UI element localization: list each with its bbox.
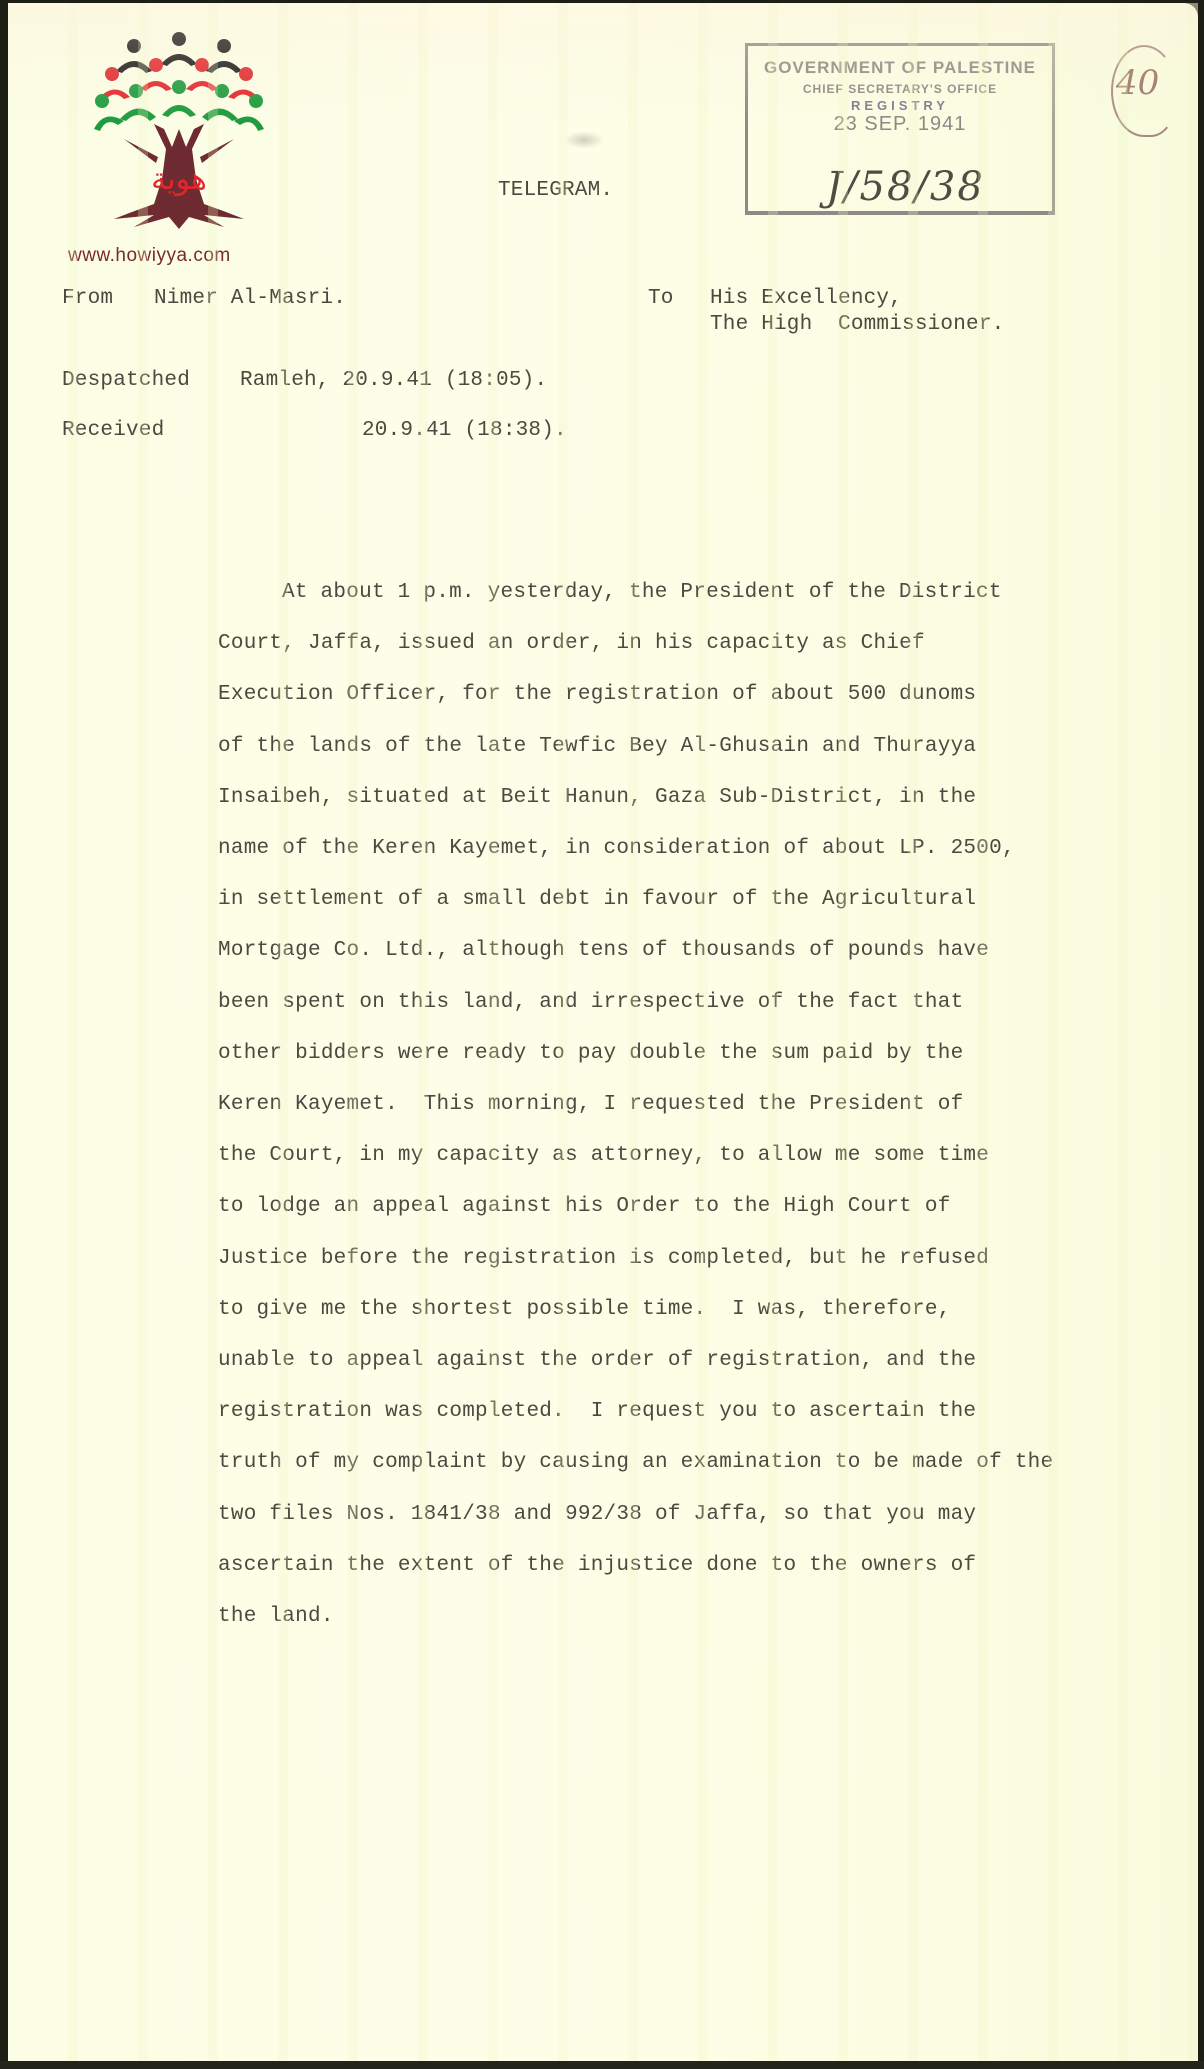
despatched-value: Ramleh, 20.9.41 (18:05).	[240, 369, 547, 392]
stamp-office: CHIEF SECRETARY'S OFFICE	[748, 82, 1052, 96]
body-line: of the lands of the late Tewfic Bey Al-G…	[218, 735, 976, 758]
scan-edge-right	[1198, 0, 1204, 2069]
body-line: name of the Keren Kayemet, in considerat…	[218, 837, 1015, 860]
to-label: To	[648, 287, 674, 310]
watermark-url[interactable]: www.howiyya.com	[68, 245, 231, 267]
document-page: هوية www.howiyya.com TELEGRAM. GOVERNMEN…	[8, 3, 1198, 2063]
from-value: Nimer Al-Masri.	[154, 287, 346, 310]
to-line-2: The High Commissioner.	[710, 313, 1004, 336]
body-line: Insaibeh, situated at Beit Hanun, Gaza S…	[218, 786, 976, 809]
received-value: 20.9.41 (18:38).	[362, 419, 567, 442]
body-line: to lodge an appeal against his Order to …	[218, 1195, 951, 1218]
handwritten-file-reference: J/58/38	[826, 164, 985, 210]
body-line: the Court, in my capacity as attorney, t…	[218, 1144, 989, 1167]
despatched-label: Despatched	[62, 369, 190, 392]
body-line: the land.	[218, 1605, 334, 1628]
stamp-registry: REGISTRY	[748, 98, 1052, 113]
body-line: truth of my complaint by causing an exam…	[218, 1451, 1053, 1474]
body-line: unable to appeal against the order of re…	[218, 1349, 976, 1372]
body-line: Mortgage Co. Ltd., although tens of thou…	[218, 939, 989, 962]
body-line: Execution Officer, for the registration …	[218, 683, 976, 706]
body-line: to give me the shortest possible time. I…	[218, 1298, 951, 1321]
stamp-date: 23 SEP. 1941	[748, 113, 1052, 136]
document-title: TELEGRAM.	[498, 179, 613, 202]
registry-stamp: GOVERNMENT OF PALESTINE CHIEF SECRETARY'…	[745, 43, 1055, 215]
stamp-government: GOVERNMENT OF PALESTINE	[748, 58, 1052, 78]
scan-edge-bottom	[0, 2061, 1204, 2069]
body-line: ascertain the extent of the injustice do…	[218, 1554, 976, 1577]
from-label: From	[62, 287, 113, 310]
arabic-logo-text: هوية	[151, 162, 207, 197]
body-line: two files Nos. 1841/38 and 992/38 of Jaf…	[218, 1503, 976, 1526]
ink-smudge	[564, 131, 604, 149]
received-label: Received	[62, 419, 164, 442]
tree-logo-icon: هوية	[94, 29, 264, 244]
body-line: At about 1 p.m. yesterday, the President…	[282, 581, 1002, 604]
page-number: 40	[1116, 63, 1159, 103]
howiyya-tree-logo: هوية	[94, 29, 264, 244]
body-line: been spent on this land, and irrespectiv…	[218, 991, 963, 1014]
body-line: other bidders were ready to pay double t…	[218, 1042, 963, 1065]
body-line: Keren Kayemet. This morning, I requested…	[218, 1093, 963, 1116]
body-line: registration was completed. I request yo…	[218, 1400, 976, 1423]
to-line-1: His Excellency,	[710, 287, 902, 310]
body-line: Justice before the registration is compl…	[218, 1247, 989, 1270]
body-line: Court, Jaffa, issued an order, in his ca…	[218, 632, 925, 655]
body-line: in settlement of a small debt in favour …	[218, 888, 976, 911]
